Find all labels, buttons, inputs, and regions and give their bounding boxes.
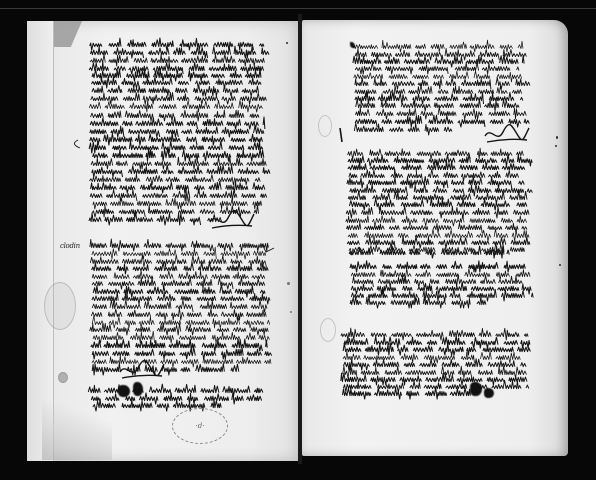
handwritten-line xyxy=(90,55,268,67)
handwritten-line xyxy=(355,107,531,119)
handwritten-line xyxy=(348,148,530,159)
handwritten-line xyxy=(89,213,226,225)
handwritten-line xyxy=(93,331,274,343)
dust-speck xyxy=(555,145,557,147)
dust-speck xyxy=(286,42,288,44)
signature-flourish xyxy=(485,125,529,142)
handwritten-line xyxy=(353,55,529,67)
ink-blot xyxy=(350,42,355,48)
margin-note: clodin xyxy=(60,242,80,250)
ink-stroke xyxy=(74,140,80,148)
handwritten-line xyxy=(90,189,273,201)
handwritten-line xyxy=(350,261,530,272)
handwritten-line xyxy=(90,117,268,129)
handwritten-line xyxy=(92,205,263,217)
ink-blot xyxy=(484,388,494,398)
handwritten-line xyxy=(355,77,537,89)
archive-stamp: ·d· xyxy=(172,408,228,444)
handwritten-line xyxy=(89,100,267,112)
handwritten-line xyxy=(93,149,268,161)
handwritten-line xyxy=(92,300,270,312)
handwritten-line xyxy=(341,328,535,340)
dust-speck xyxy=(287,282,290,285)
handwritten-line xyxy=(92,316,274,328)
handwritten-line xyxy=(343,380,533,392)
handwritten-line xyxy=(92,262,275,274)
handwritten-line xyxy=(343,366,530,378)
ink-blot xyxy=(118,385,130,397)
handwritten-line xyxy=(89,62,266,74)
handwritten-line xyxy=(91,339,271,351)
handwritten-line xyxy=(89,141,268,153)
handwritten-line xyxy=(350,184,536,196)
handwritten-line xyxy=(346,215,532,226)
handwritten-line xyxy=(344,336,536,348)
handwritten-line xyxy=(93,285,270,297)
handwritten-line xyxy=(354,40,527,52)
handwritten-line xyxy=(92,165,276,177)
handwritten-line xyxy=(351,289,539,301)
dust-speck xyxy=(290,311,292,313)
handwritten-line xyxy=(93,197,266,209)
handwritten-line xyxy=(91,92,273,104)
handwritten-line xyxy=(351,269,537,280)
handwritten-line xyxy=(354,123,456,135)
handwritten-line xyxy=(92,86,264,97)
dust-speck xyxy=(556,136,558,139)
handwritten-line xyxy=(90,255,270,267)
handwritten-line xyxy=(92,363,243,375)
handwritten-line xyxy=(346,206,536,218)
handwritten-line xyxy=(343,351,527,363)
ink-blot xyxy=(470,382,482,396)
handwritten-line xyxy=(91,308,270,320)
archive-stamp-text: ·d· xyxy=(196,422,205,430)
handwritten-line xyxy=(90,174,266,185)
handwritten-line xyxy=(92,69,266,81)
handwriting-layer xyxy=(0,0,596,480)
handwritten-line xyxy=(351,282,536,294)
handwritten-line xyxy=(355,115,532,127)
dust-speck xyxy=(559,264,561,266)
handwritten-line xyxy=(90,133,269,145)
handwritten-line xyxy=(355,92,526,104)
handwritten-line xyxy=(90,239,272,251)
handwritten-line xyxy=(348,154,537,166)
handwritten-line xyxy=(349,198,533,210)
handwritten-line xyxy=(347,177,531,189)
handwritten-line xyxy=(91,157,273,169)
handwritten-line xyxy=(91,181,270,193)
ink-blot xyxy=(133,382,143,396)
handwritten-line xyxy=(355,63,523,75)
handwritten-line xyxy=(90,126,271,137)
handwritten-line xyxy=(91,77,266,88)
handwritten-line xyxy=(343,387,477,399)
ink-stroke xyxy=(340,128,342,142)
handwritten-line xyxy=(347,236,533,248)
handwritten-line xyxy=(349,169,525,181)
